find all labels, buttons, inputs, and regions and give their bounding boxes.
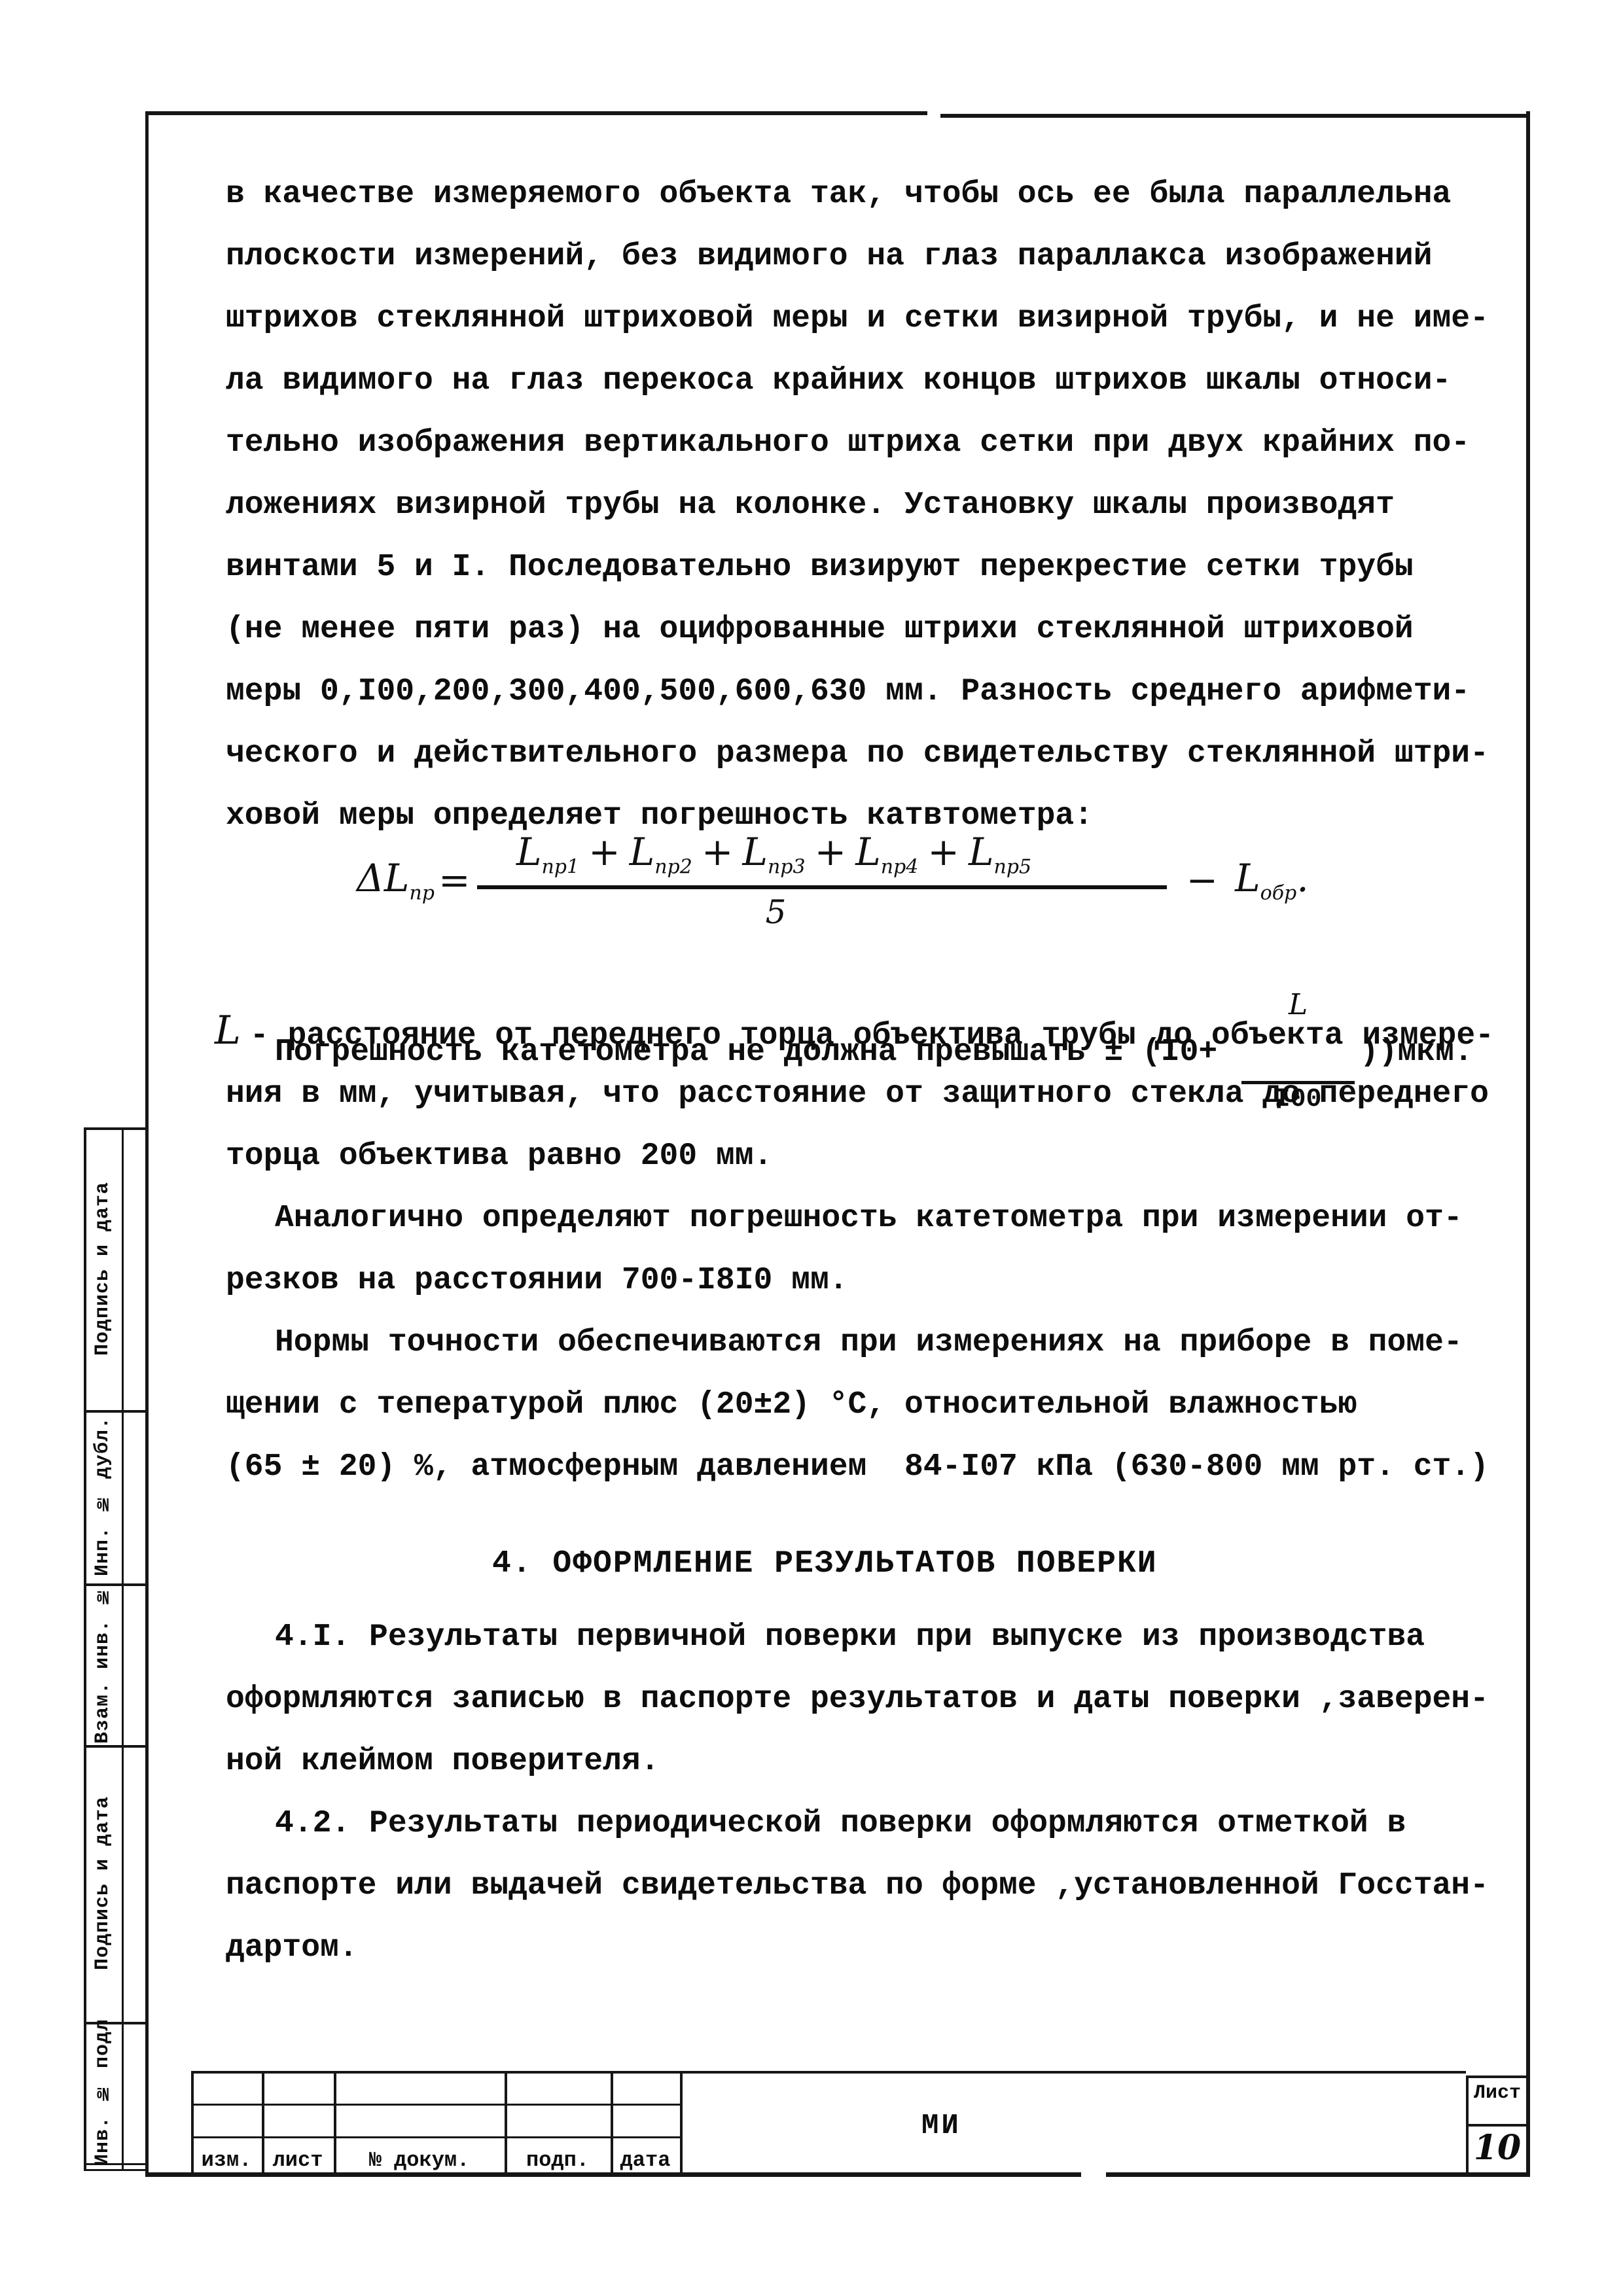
frame-bottom-line — [145, 2172, 1081, 2177]
scanned-document-page: в качестве измеряемого объекта так, чтоб… — [0, 0, 1623, 2296]
body-line: ложениях визирной трубы на колонке. Уста… — [226, 489, 1395, 521]
doc-code: МИ — [921, 2110, 961, 2142]
body-line: ческого и действительного размера по сви… — [226, 738, 1489, 769]
error-formula: ΔLпр = Lпр1+Lпр2+Lпр3+Lпр4+Lпр5 5 − Lобр… — [357, 830, 1309, 931]
body-line: ховой меры определяет погрешность катвто… — [226, 800, 1093, 832]
formula-rhs: Lобр. — [1235, 856, 1309, 905]
body-line: ния в мм, учитывая, что расстояние от за… — [226, 1078, 1489, 1110]
sheet-number: 10 — [1466, 2128, 1529, 2168]
distance-definition-line: L - расстояние от переднего торца объект… — [215, 1008, 1494, 1053]
frame-top-line — [940, 114, 1529, 118]
frame-left-line — [145, 111, 149, 2177]
column-izm: изм. — [191, 2148, 262, 2172]
formula-fraction: Lпр1+Lпр2+Lпр3+Lпр4+Lпр5 5 — [477, 830, 1167, 931]
stamp-signature-date-bottom: Подпись и дата — [84, 1745, 122, 2022]
body-line: оформляются записью в паспорте результат… — [226, 1684, 1489, 1715]
script-L: L — [215, 1008, 241, 1053]
body-line: щении с тепературой плюс (20±2) °С, отно… — [226, 1389, 1357, 1421]
sheet-box-divider-line — [1466, 2124, 1529, 2127]
formula-minus: − — [1186, 858, 1219, 902]
formula-denominator: 5 — [431, 889, 1121, 931]
titleblock-vline — [680, 2071, 683, 2176]
body-line: ла видимого на глаз перекоса крайних кон… — [226, 365, 1451, 397]
column-podp: подп. — [505, 2148, 611, 2172]
stamp-section-line — [84, 2169, 148, 2171]
body-line: Нормы точности обеспечиваются при измере… — [275, 1327, 1463, 1358]
column-ndokum: № докум. — [334, 2148, 505, 2172]
column-data: дата — [611, 2148, 680, 2172]
column-list: лист — [262, 2148, 334, 2172]
body-line: (не менее пяти раз) на оцифрованные штри… — [226, 614, 1414, 645]
formula-lhs: ΔLпр — [357, 856, 435, 905]
distance-text: - расстояние от переднего торца объектив… — [250, 1018, 1494, 1053]
body-line: (65 ± 20) %, атмосферным давлением 84-I0… — [226, 1451, 1489, 1483]
stamp-vzam-inv: Взам. инв. № — [84, 1583, 122, 1745]
body-line: меры 0,I00,200,300,400,500,600,630 мм. Р… — [226, 676, 1470, 707]
frame-top-line — [145, 111, 927, 115]
body-line: 4.2. Результаты периодической поверки оф… — [275, 1808, 1406, 1839]
body-line: в качестве измеряемого объекта так, чтоб… — [226, 179, 1451, 210]
body-line: Аналогично определяют погрешность катето… — [275, 1203, 1463, 1234]
stamp-inv-podl: Инв. № подл — [84, 2022, 122, 2163]
formula-numerator: Lпр1+Lпр2+Lпр3+Lпр4+Lпр5 — [477, 830, 1167, 889]
body-line: 4.I. Результаты первичной поверки при вы… — [275, 1621, 1425, 1653]
body-line: штрихов стеклянной штриховой меры и сетк… — [226, 303, 1489, 334]
titleblock-row-line — [191, 2136, 683, 2138]
sheet-label: Лист — [1466, 2082, 1529, 2104]
frame-right-line — [1526, 111, 1530, 2177]
stamp-inv-dubl: Инп. № дубл. — [84, 1410, 122, 1583]
section-heading: 4. ОФОРМЛЕНИЕ РЕЗУЛЬТАТОВ ПОВЕРКИ — [492, 1546, 1158, 1581]
sheet-box-top-line — [1466, 2075, 1529, 2078]
body-line: торца объектива равно 200 мм. — [226, 1140, 772, 1172]
stamp-signature-date-top: Подпись и дата — [84, 1127, 122, 1410]
body-line: тельно изображения вертикального штриха … — [226, 427, 1470, 459]
body-line: винтами 5 и I. Последовательно визируют … — [226, 552, 1414, 583]
body-line: ной клеймом поверителя. — [226, 1746, 660, 1777]
titleblock-top-line — [191, 2071, 1466, 2074]
body-line: плоскости измерений, без видимого на гла… — [226, 241, 1433, 272]
stamp-divider-line — [122, 1127, 124, 2171]
body-line: дартом. — [226, 1932, 358, 1964]
titleblock-row-line — [191, 2104, 683, 2106]
body-line: паспорте или выдачей свидетельства по фо… — [226, 1870, 1489, 1901]
body-line: резков на расстоянии 700-I8I0 мм. — [226, 1265, 848, 1296]
